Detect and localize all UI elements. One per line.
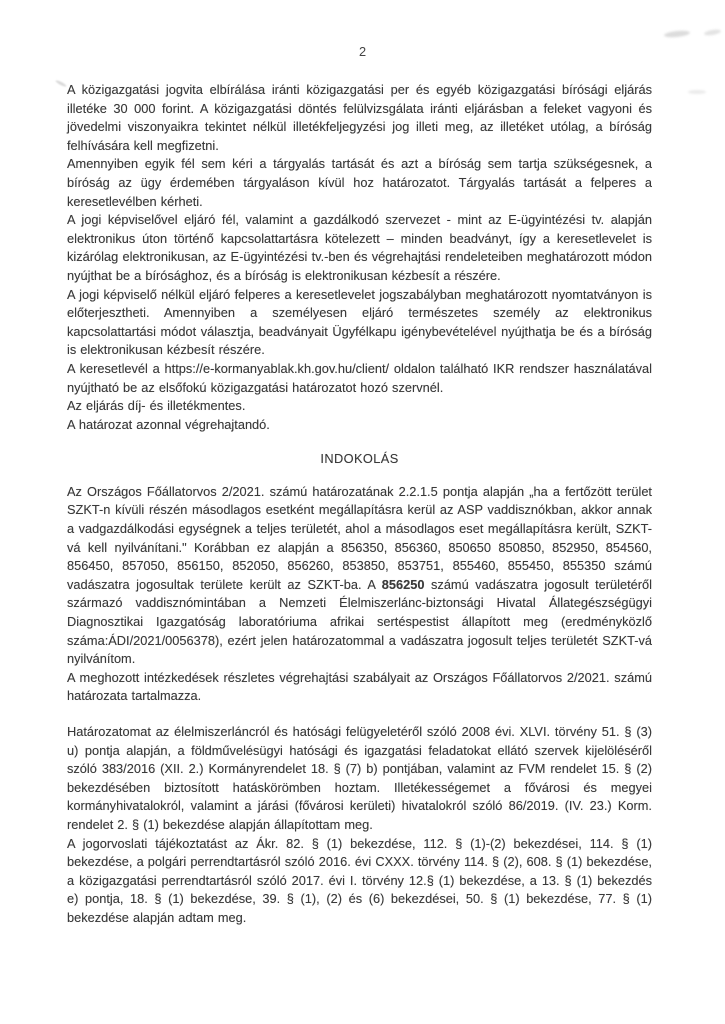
hunting-area-code-bold: 856250 xyxy=(382,577,425,592)
paragraph-legal-basis: Határozatomat az élelmiszerláncról és ha… xyxy=(67,723,652,835)
section-heading-indokolas: INDOKOLÁS xyxy=(67,450,652,469)
scan-artifact xyxy=(664,30,690,39)
paragraph-remedy-information: A jogorvoslati tájékoztatást az Ákr. 82.… xyxy=(67,835,652,928)
document-body: A közigazgatási jogvita elbírálása iránt… xyxy=(67,81,652,928)
scanned-document-page: 2 A közigazgatási jogvita elbírálása irá… xyxy=(0,0,725,1024)
paragraph-electronic-filing: A jogi képviselővel eljáró fél, valamint… xyxy=(67,211,652,285)
paragraph-paper-filing: A jogi képviselő nélkül eljáró felperes … xyxy=(67,286,652,360)
paragraph-immediately-enforceable: A határozat azonnal végrehajtandó. xyxy=(67,416,652,435)
paragraph-court-fees: A közigazgatási jogvita elbírálása iránt… xyxy=(67,81,652,155)
page-number: 2 xyxy=(0,44,725,59)
paragraph-hearing-request: Amennyiben egyik fél sem kéri a tárgyalá… xyxy=(67,155,652,211)
paragraph-implementation-rules: A meghozott intézkedések részletes végre… xyxy=(67,669,652,706)
paragraph-ikr-system: A keresetlevél a https://e-kormanyablak.… xyxy=(67,360,652,397)
justification-text-before-bold: Az Országos Főállatorvos 2/2021. számú h… xyxy=(67,484,652,592)
scan-artifact xyxy=(688,90,706,94)
scan-artifact xyxy=(55,79,67,87)
paragraph-fee-exempt: Az eljárás díj- és illetékmentes. xyxy=(67,397,652,416)
scan-artifact xyxy=(704,29,722,37)
paragraph-justification-main: Az Országos Főállatorvos 2/2021. számú h… xyxy=(67,483,652,669)
